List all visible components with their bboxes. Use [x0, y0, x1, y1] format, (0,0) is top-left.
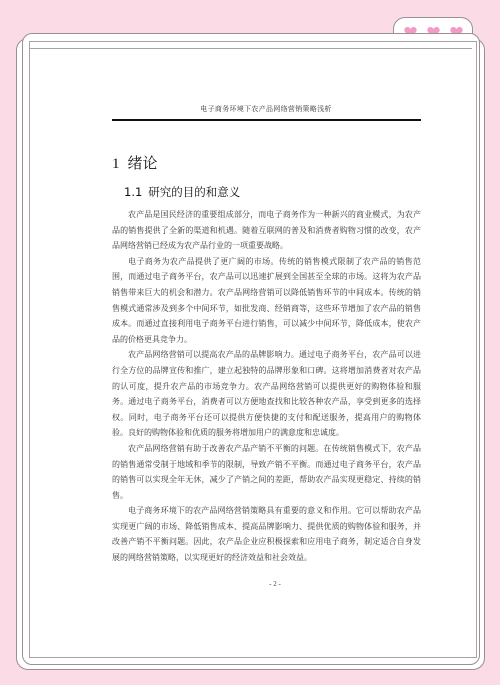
body-text: 农产品是国民经济的重要组成部分，而电子商务作为一种新兴的商业模式，为农产品的销售… — [112, 207, 421, 566]
paragraph: 农产品网络营销有助于改善农产品产销不平衡的问题。在传统销售模式下，农产品的销售通… — [112, 441, 421, 503]
section-heading: 1.1研究的目的和意义 — [124, 184, 240, 200]
paragraph: 农产品是国民经济的重要组成部分，而电子商务作为一种新兴的商业模式，为农产品的销售… — [112, 207, 421, 254]
chapter-heading: 1绪论 — [112, 152, 158, 173]
chapter-number: 1 — [112, 156, 120, 172]
paragraph: 农产品网络营销可以提高农产品的品牌影响力。通过电子商务平台，农产品可以进行全方位… — [112, 347, 421, 441]
header-rule — [112, 119, 421, 121]
section-number: 1.1 — [124, 185, 142, 199]
paragraph: 电子商务环境下的农产品网络营销策略具有重要的意义和作用。它可以帮助农产品实现更广… — [112, 503, 421, 565]
paragraph: 电子商务为农产品提供了更广阔的市场。传统的销售模式限制了农产品的销售范围，而通过… — [112, 254, 421, 348]
chapter-title: 绪论 — [128, 154, 158, 172]
running-header: 电子商务环境下农产品网络营销策略浅析 — [112, 104, 420, 114]
page-number: - 2 - — [260, 580, 290, 588]
section-title: 研究的目的和意义 — [148, 185, 240, 199]
page-top-rule — [30, 48, 472, 49]
